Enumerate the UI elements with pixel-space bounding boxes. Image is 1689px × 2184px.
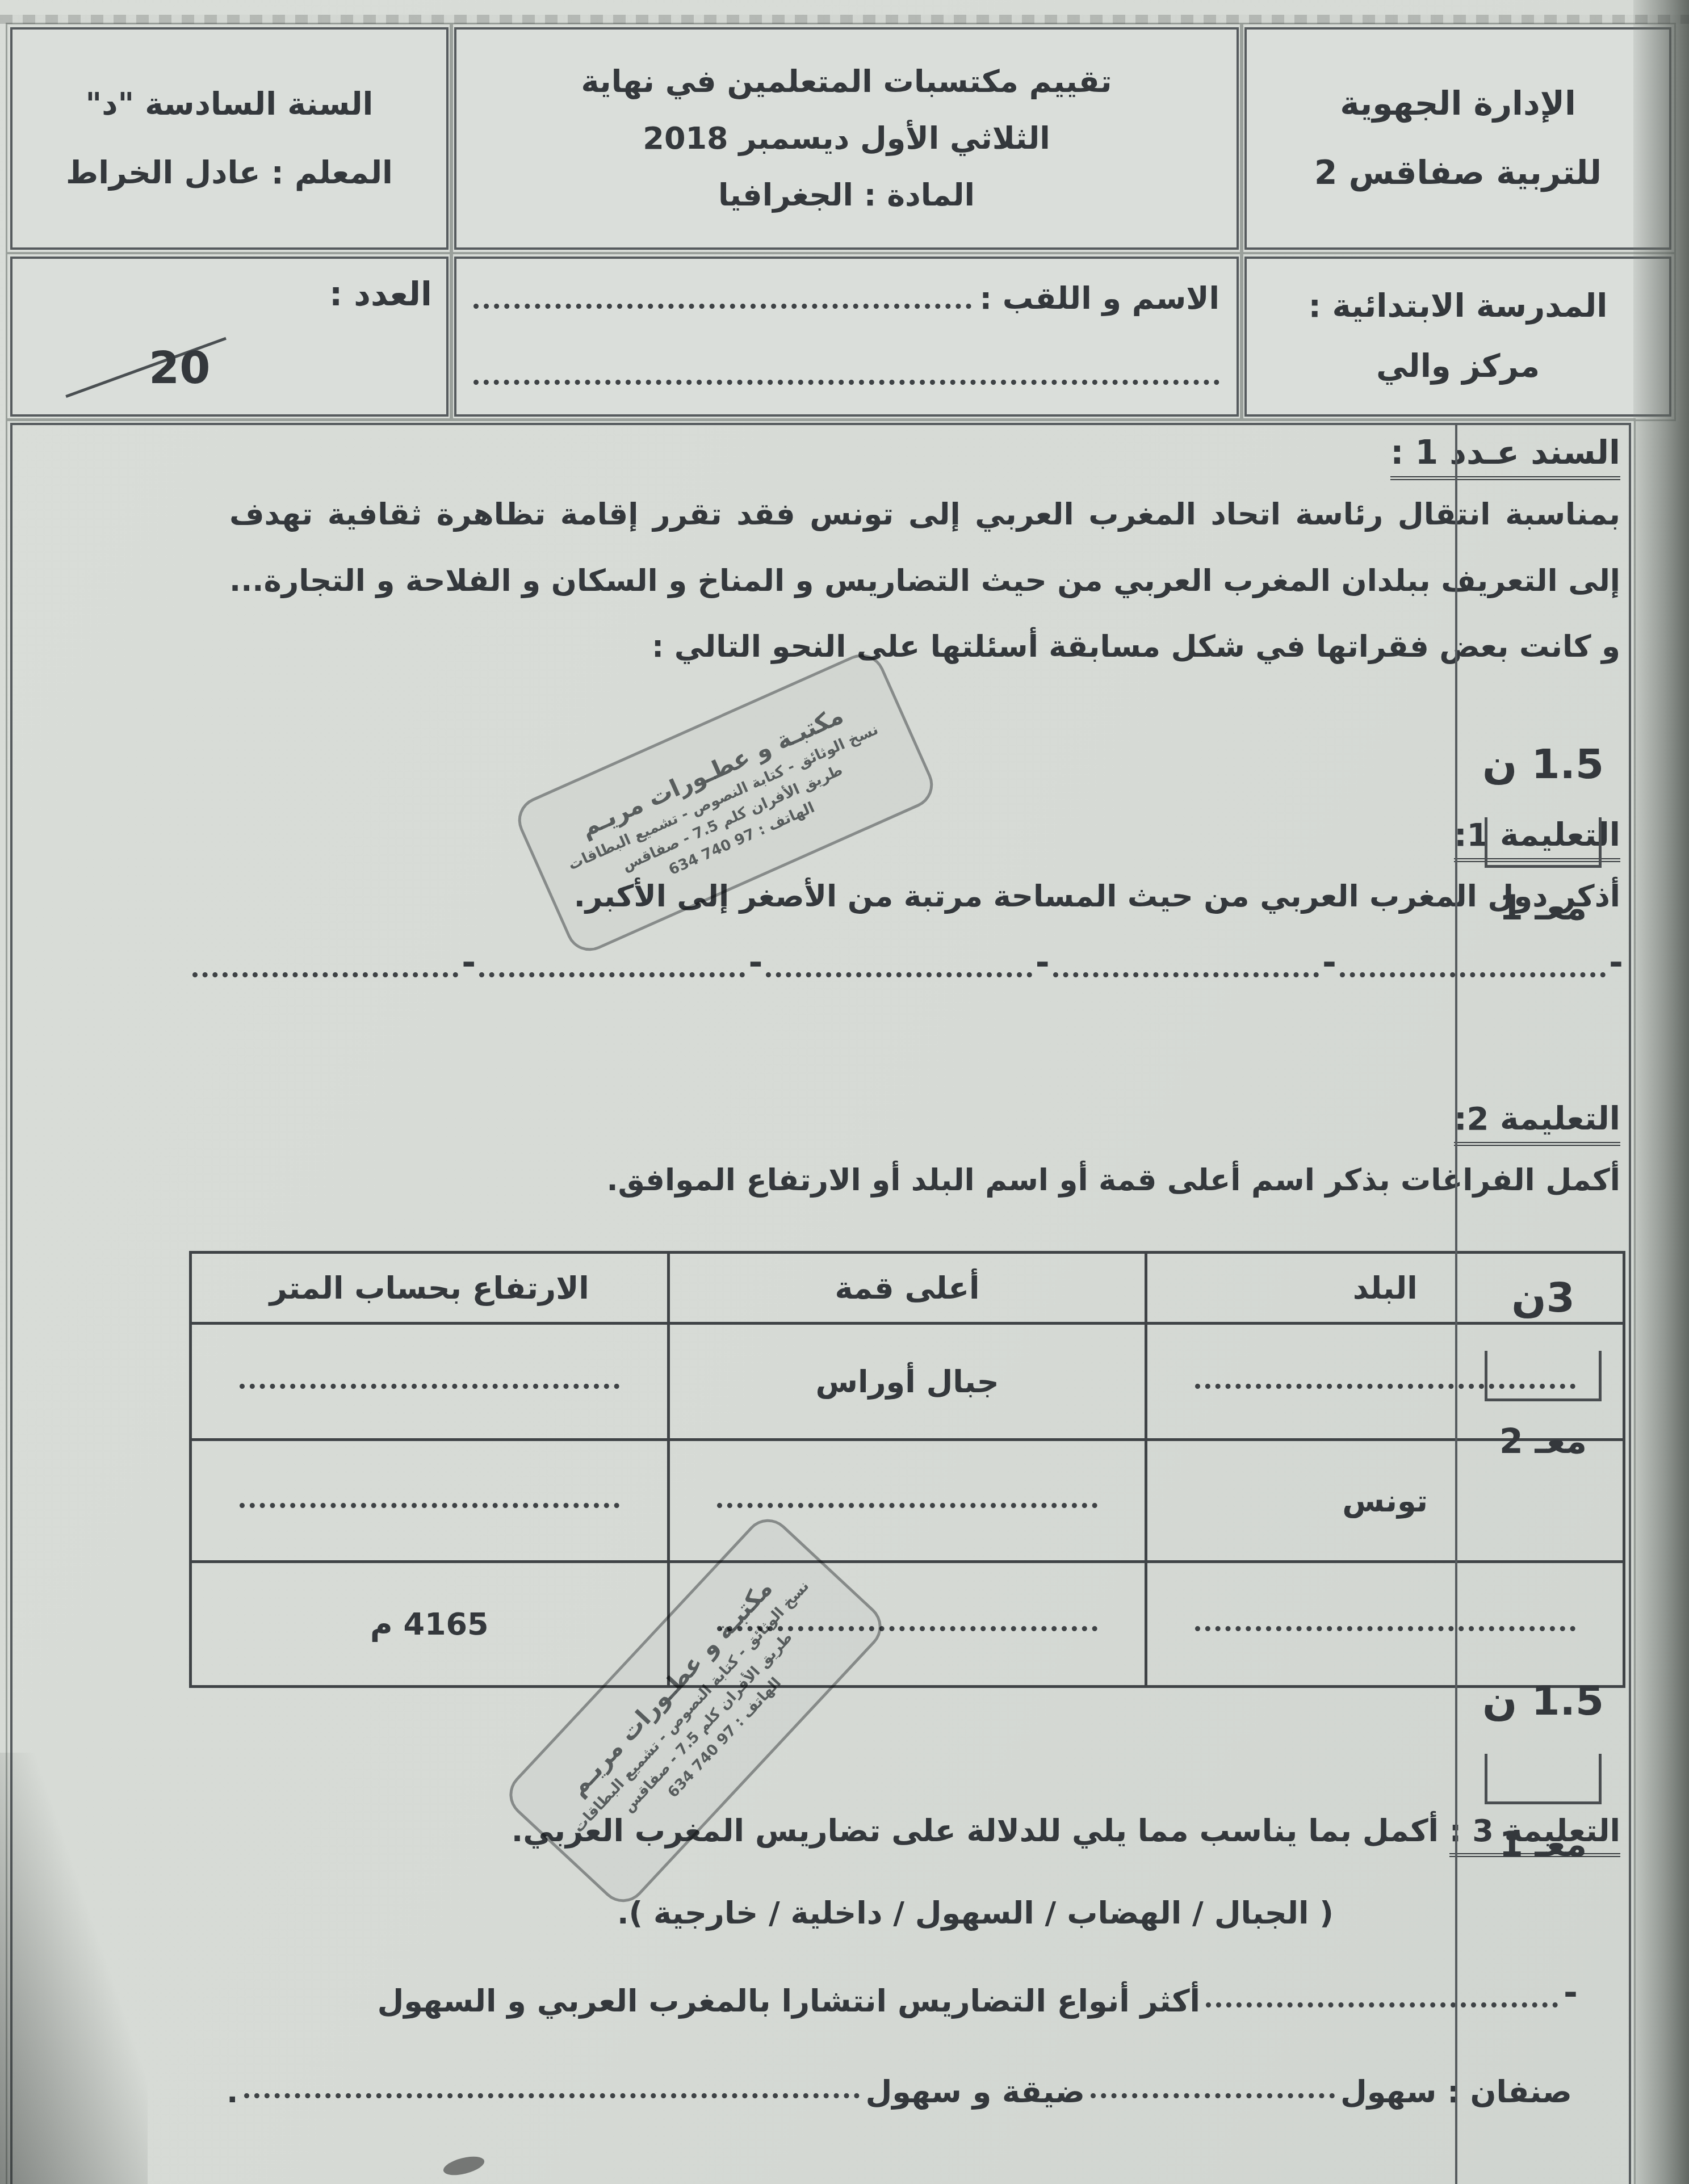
score-label: العدد : [329,275,432,313]
teacher-line: المعلم : عادل الخراط [66,138,393,207]
fill2-mid: ضيقة و سهول [865,2074,1084,2110]
scan-shadow-corner [0,1753,148,2184]
class-line: السنة السادسة "د" [86,70,374,138]
table-header-row: البلد أعلى قمة الارتفاع بحساب المتر [191,1253,1624,1324]
school-label: المدرسة الابتدائية : [1309,276,1608,337]
peaks-table: البلد أعلى قمة الارتفاع بحساب المتر جبال… [189,1251,1625,1688]
student-name-label: الاسم و اللقب : [979,280,1219,316]
mark2-score: 3ن [1457,1274,1629,1321]
fill-line-1: - أكثر أنواع التضاريس انتشارا بالمغرب ال… [238,1983,1578,2019]
marks-column: 1.5 ن معـ 1 3ن معـ 2 1.5 ن معـ 1 [1455,425,1629,2184]
table-row: 4165 م [191,1562,1624,1687]
cell-height-blank [191,1440,669,1562]
instruction1-answer-line: - - - - - [192,953,1623,977]
mark-group-1: 1.5 ن معـ 1 [1457,740,1629,928]
header-score-box: العدد : 20 [10,257,449,417]
admin-line2: للتربية صفاقس 2 [1314,138,1602,208]
mark-group-3: 1.5 ن معـ 1 [1457,1677,1629,1864]
sanad-paragraph: بمناسبة انتقال رئاسة اتحاد المغرب العربي… [229,482,1620,681]
mark1-bracket [1485,817,1602,868]
exam-content: السند عـدد 1 : بمناسبة انتقال رئاسة اتحا… [186,425,1629,2184]
scanned-exam-page: الإدارة الجهوية للتربية صفاقس 2 تقييم مك… [0,0,1689,2184]
scan-smear-top [0,15,1689,24]
mark3-criterion: معـ 1 [1457,1825,1629,1864]
eval-line2: الثلاثي الأول ديسمبر 2018 [643,110,1050,167]
fill2-blank1 [1091,2074,1335,2098]
score-max: 20 [149,343,211,394]
cell-height-blank [191,1324,669,1440]
mark1-criterion: معـ 1 [1457,888,1629,928]
mark2-bracket [1485,1351,1602,1401]
fill1-text: أكثر أنواع التضاريس انتشارا بالمغرب العر… [377,1983,1200,2019]
cell-height: 4165 م [191,1562,669,1687]
header-school-box: المدرسة الابتدائية : مركز والي [1244,257,1671,417]
eval-line1: تقييم مكتسبات المتعلمين في نهاية [581,53,1112,110]
instruction3-options: ( الجبال / الهضاب / السهول / داخلية / خا… [617,1895,1334,1931]
table-row: تونس [191,1440,1624,1562]
eval-subject: المادة : الجغرافيا [718,167,975,224]
school-value: مركز والي [1376,337,1540,397]
exam-body-box: السند عـدد 1 : بمناسبة انتقال رئاسة اتحا… [10,423,1631,2184]
scan-shadow-right [1633,0,1689,2184]
student-name-blank-2 [473,360,1219,385]
student-name-blank [473,284,971,309]
cell-peak: جبال أوراس [668,1324,1146,1440]
mark1-score: 1.5 ن [1457,740,1629,788]
header-admin-box: الإدارة الجهوية للتربية صفاقس 2 [1244,27,1671,250]
header-name-box: الاسم و اللقب : [454,257,1239,417]
header-eval-box: تقييم مكتسبات المتعلمين في نهاية الثلاثي… [454,27,1239,250]
fill2-blank2 [244,2074,860,2098]
col-peak: أعلى قمة [668,1253,1146,1324]
mark3-bracket [1485,1754,1602,1804]
mark-group-2: 3ن معـ 2 [1457,1274,1629,1461]
mark2-criterion: معـ 2 [1457,1422,1629,1461]
mark3-score: 1.5 ن [1457,1677,1629,1724]
col-height: الارتفاع بحساب المتر [191,1253,669,1324]
fill2-tail: . [227,2074,238,2110]
header-class-box: السنة السادسة "د" المعلم : عادل الخراط [10,27,449,250]
admin-line1: الإدارة الجهوية [1340,69,1576,138]
table-row: جبال أوراس [191,1324,1624,1440]
fill-line-2: صنفان : سهول ضيقة و سهول . [227,2074,1572,2110]
